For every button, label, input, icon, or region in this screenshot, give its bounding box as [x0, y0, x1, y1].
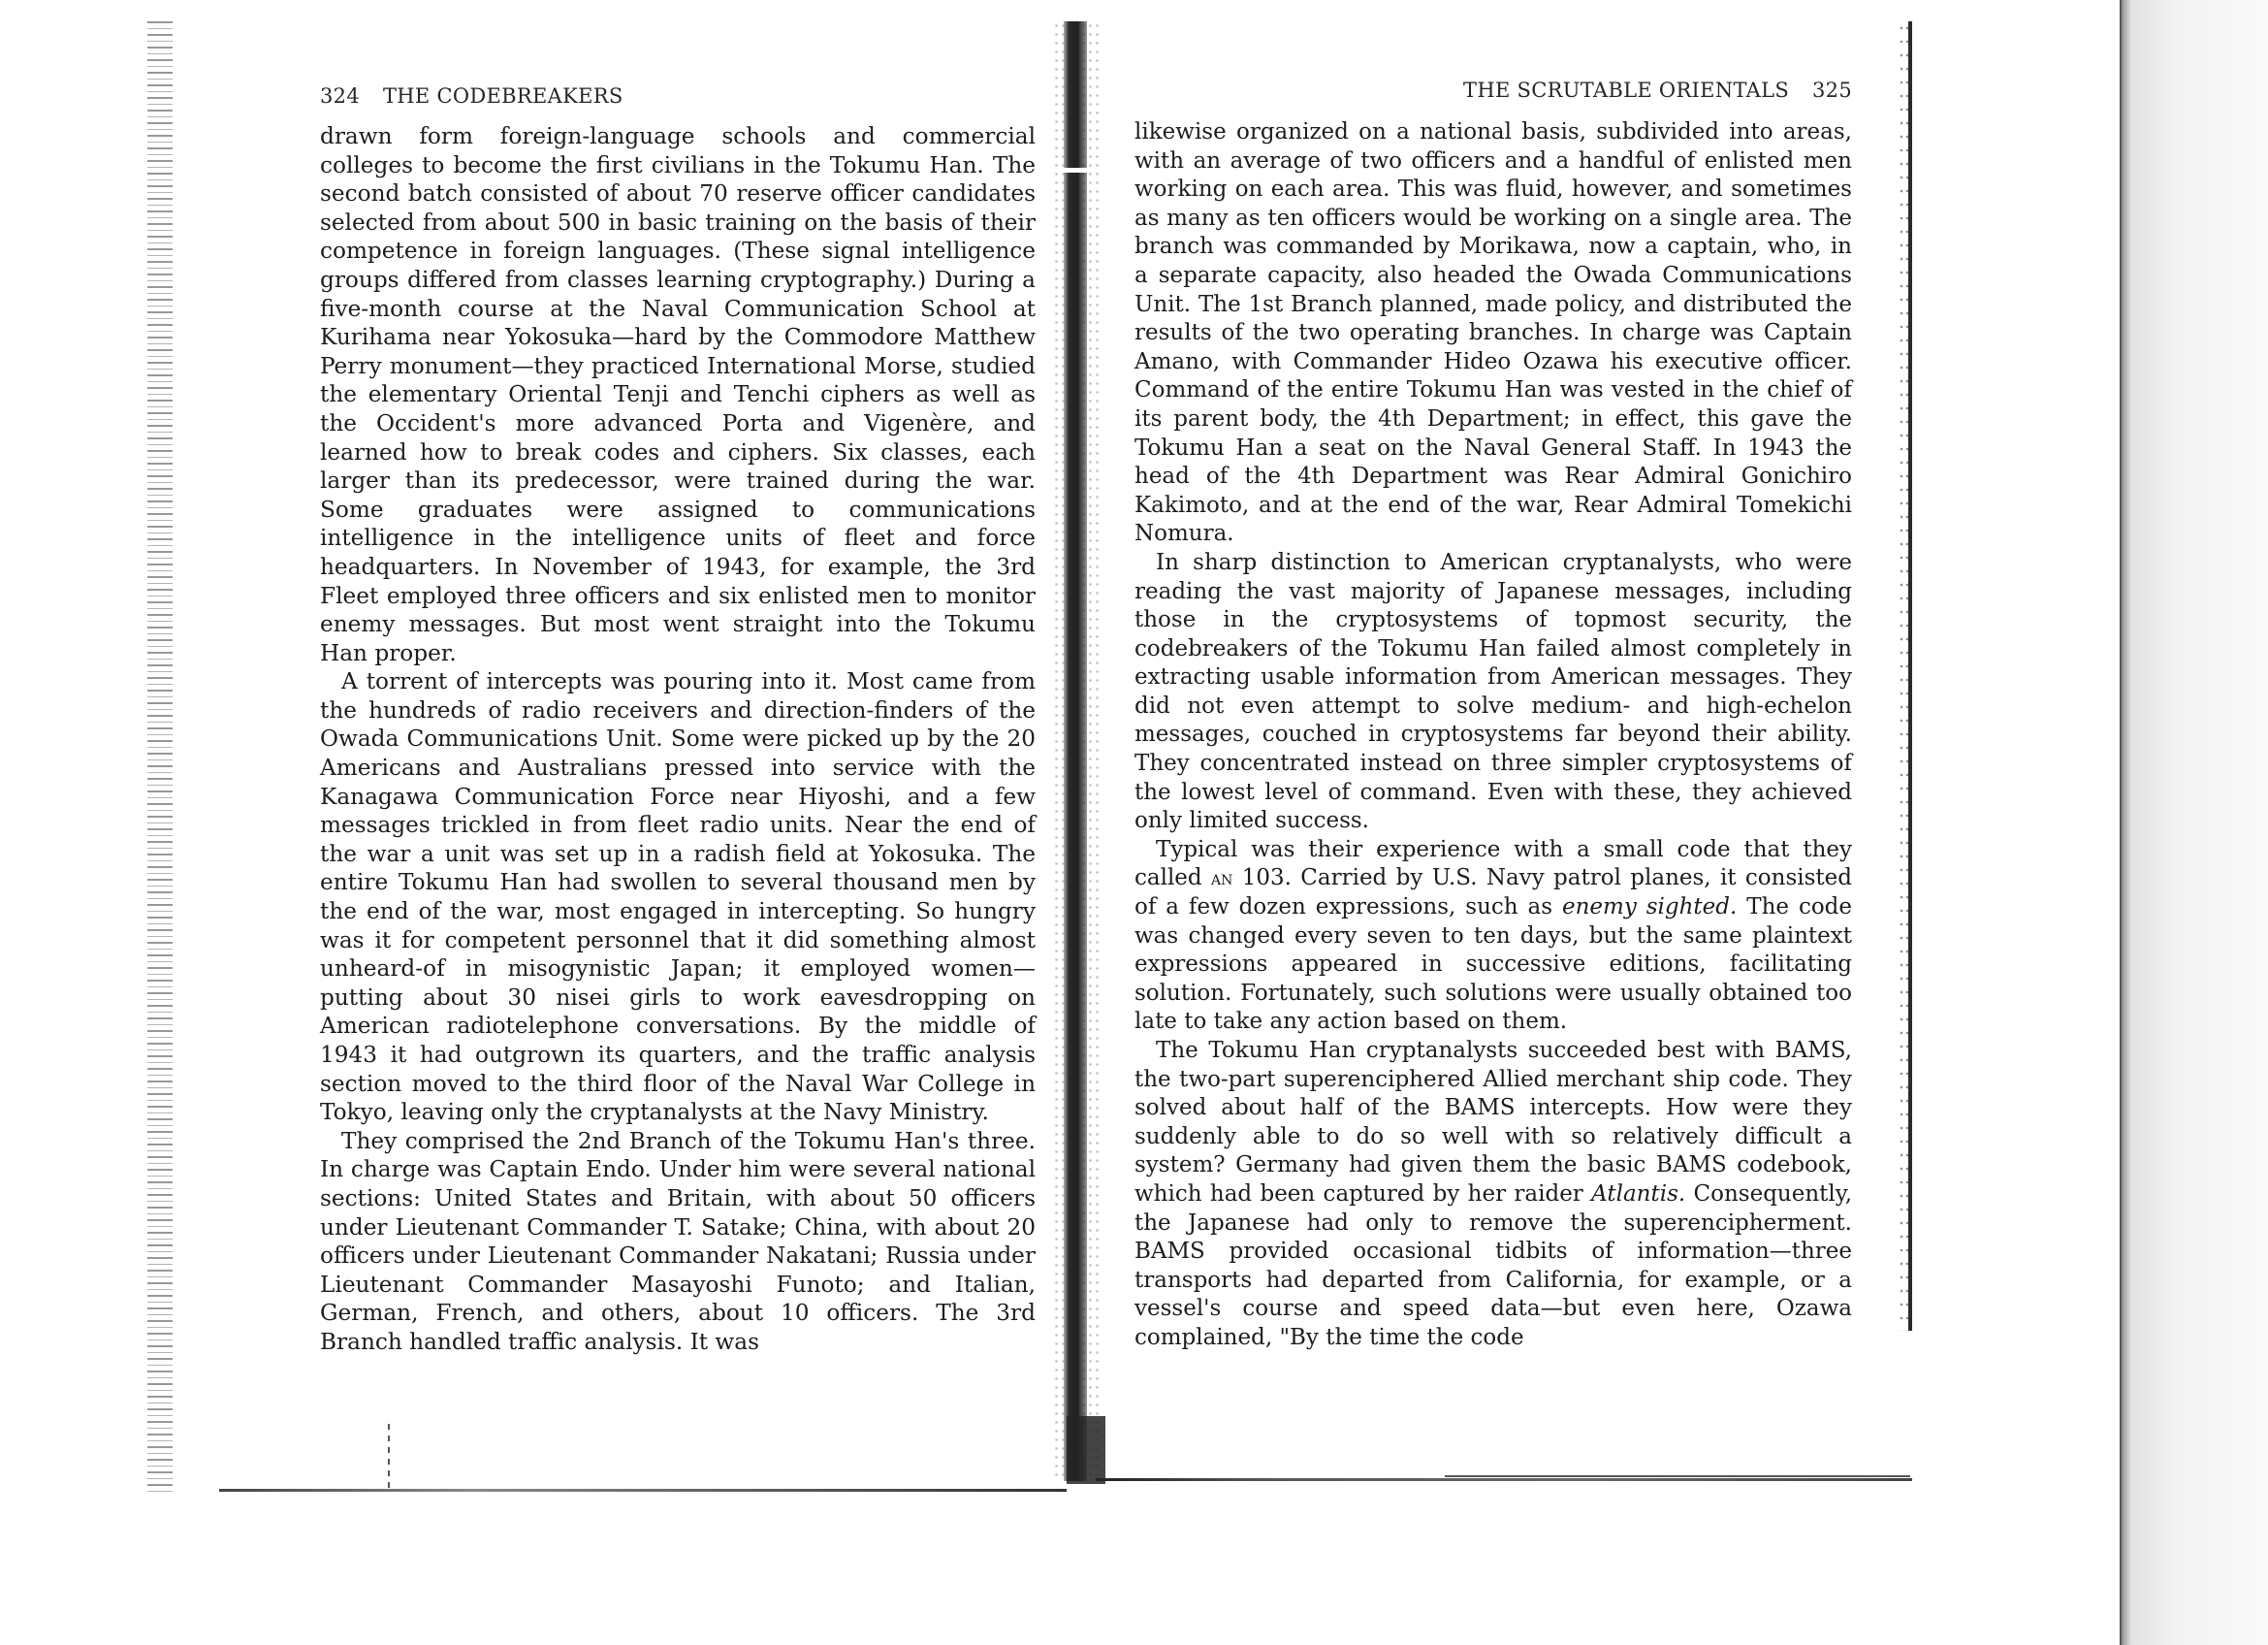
gutter-gap: [1064, 168, 1093, 173]
left-page-bottom-tick: [388, 1424, 390, 1490]
page-number: 325: [1812, 76, 1852, 105]
left-page-edge-noise: [147, 21, 173, 1496]
left-running-head: 324 THE CODEBREAKERS: [320, 81, 1036, 111]
paragraph: In sharp distinction to American cryptan…: [1134, 549, 1852, 836]
left-body-text: drawn form foreign-language schools and …: [320, 122, 1036, 1357]
paragraph: likewise organized on a national basis, …: [1134, 118, 1852, 549]
left-page-bottom-edge: [219, 1489, 1067, 1492]
right-page-bottom-edge-inner: [1445, 1475, 1910, 1477]
right-page-edge: [1908, 21, 1912, 1331]
paragraph: A torrent of intercepts was pouring into…: [320, 667, 1036, 1127]
right-page-bottom-edge: [1096, 1478, 1912, 1481]
book-gutter: [1064, 21, 1087, 1481]
left-page: 324 THE CODEBREAKERS drawn form foreign-…: [320, 81, 1036, 1357]
scanner-binding-shadow: [2120, 0, 2268, 1645]
paragraph: Typical was their experience with a smal…: [1134, 836, 1852, 1037]
right-page: THE SCRUTABLE ORIENTALS 325 likewise org…: [1134, 76, 1852, 1353]
gutter-base-shadow: [1067, 1416, 1105, 1484]
right-running-head: THE SCRUTABLE ORIENTALS 325: [1134, 76, 1852, 105]
page-number: 324: [320, 81, 360, 111]
paragraph: drawn form foreign-language schools and …: [320, 122, 1036, 667]
paragraph: The Tokumu Han cryptanalysts succeeded b…: [1134, 1037, 1852, 1353]
running-head-title: THE SCRUTABLE ORIENTALS: [1463, 76, 1789, 105]
paragraph: They comprised the 2nd Branch of the Tok…: [320, 1127, 1036, 1357]
right-body-text: likewise organized on a national basis, …: [1134, 118, 1852, 1353]
running-head-title: THE CODEBREAKERS: [383, 81, 623, 111]
